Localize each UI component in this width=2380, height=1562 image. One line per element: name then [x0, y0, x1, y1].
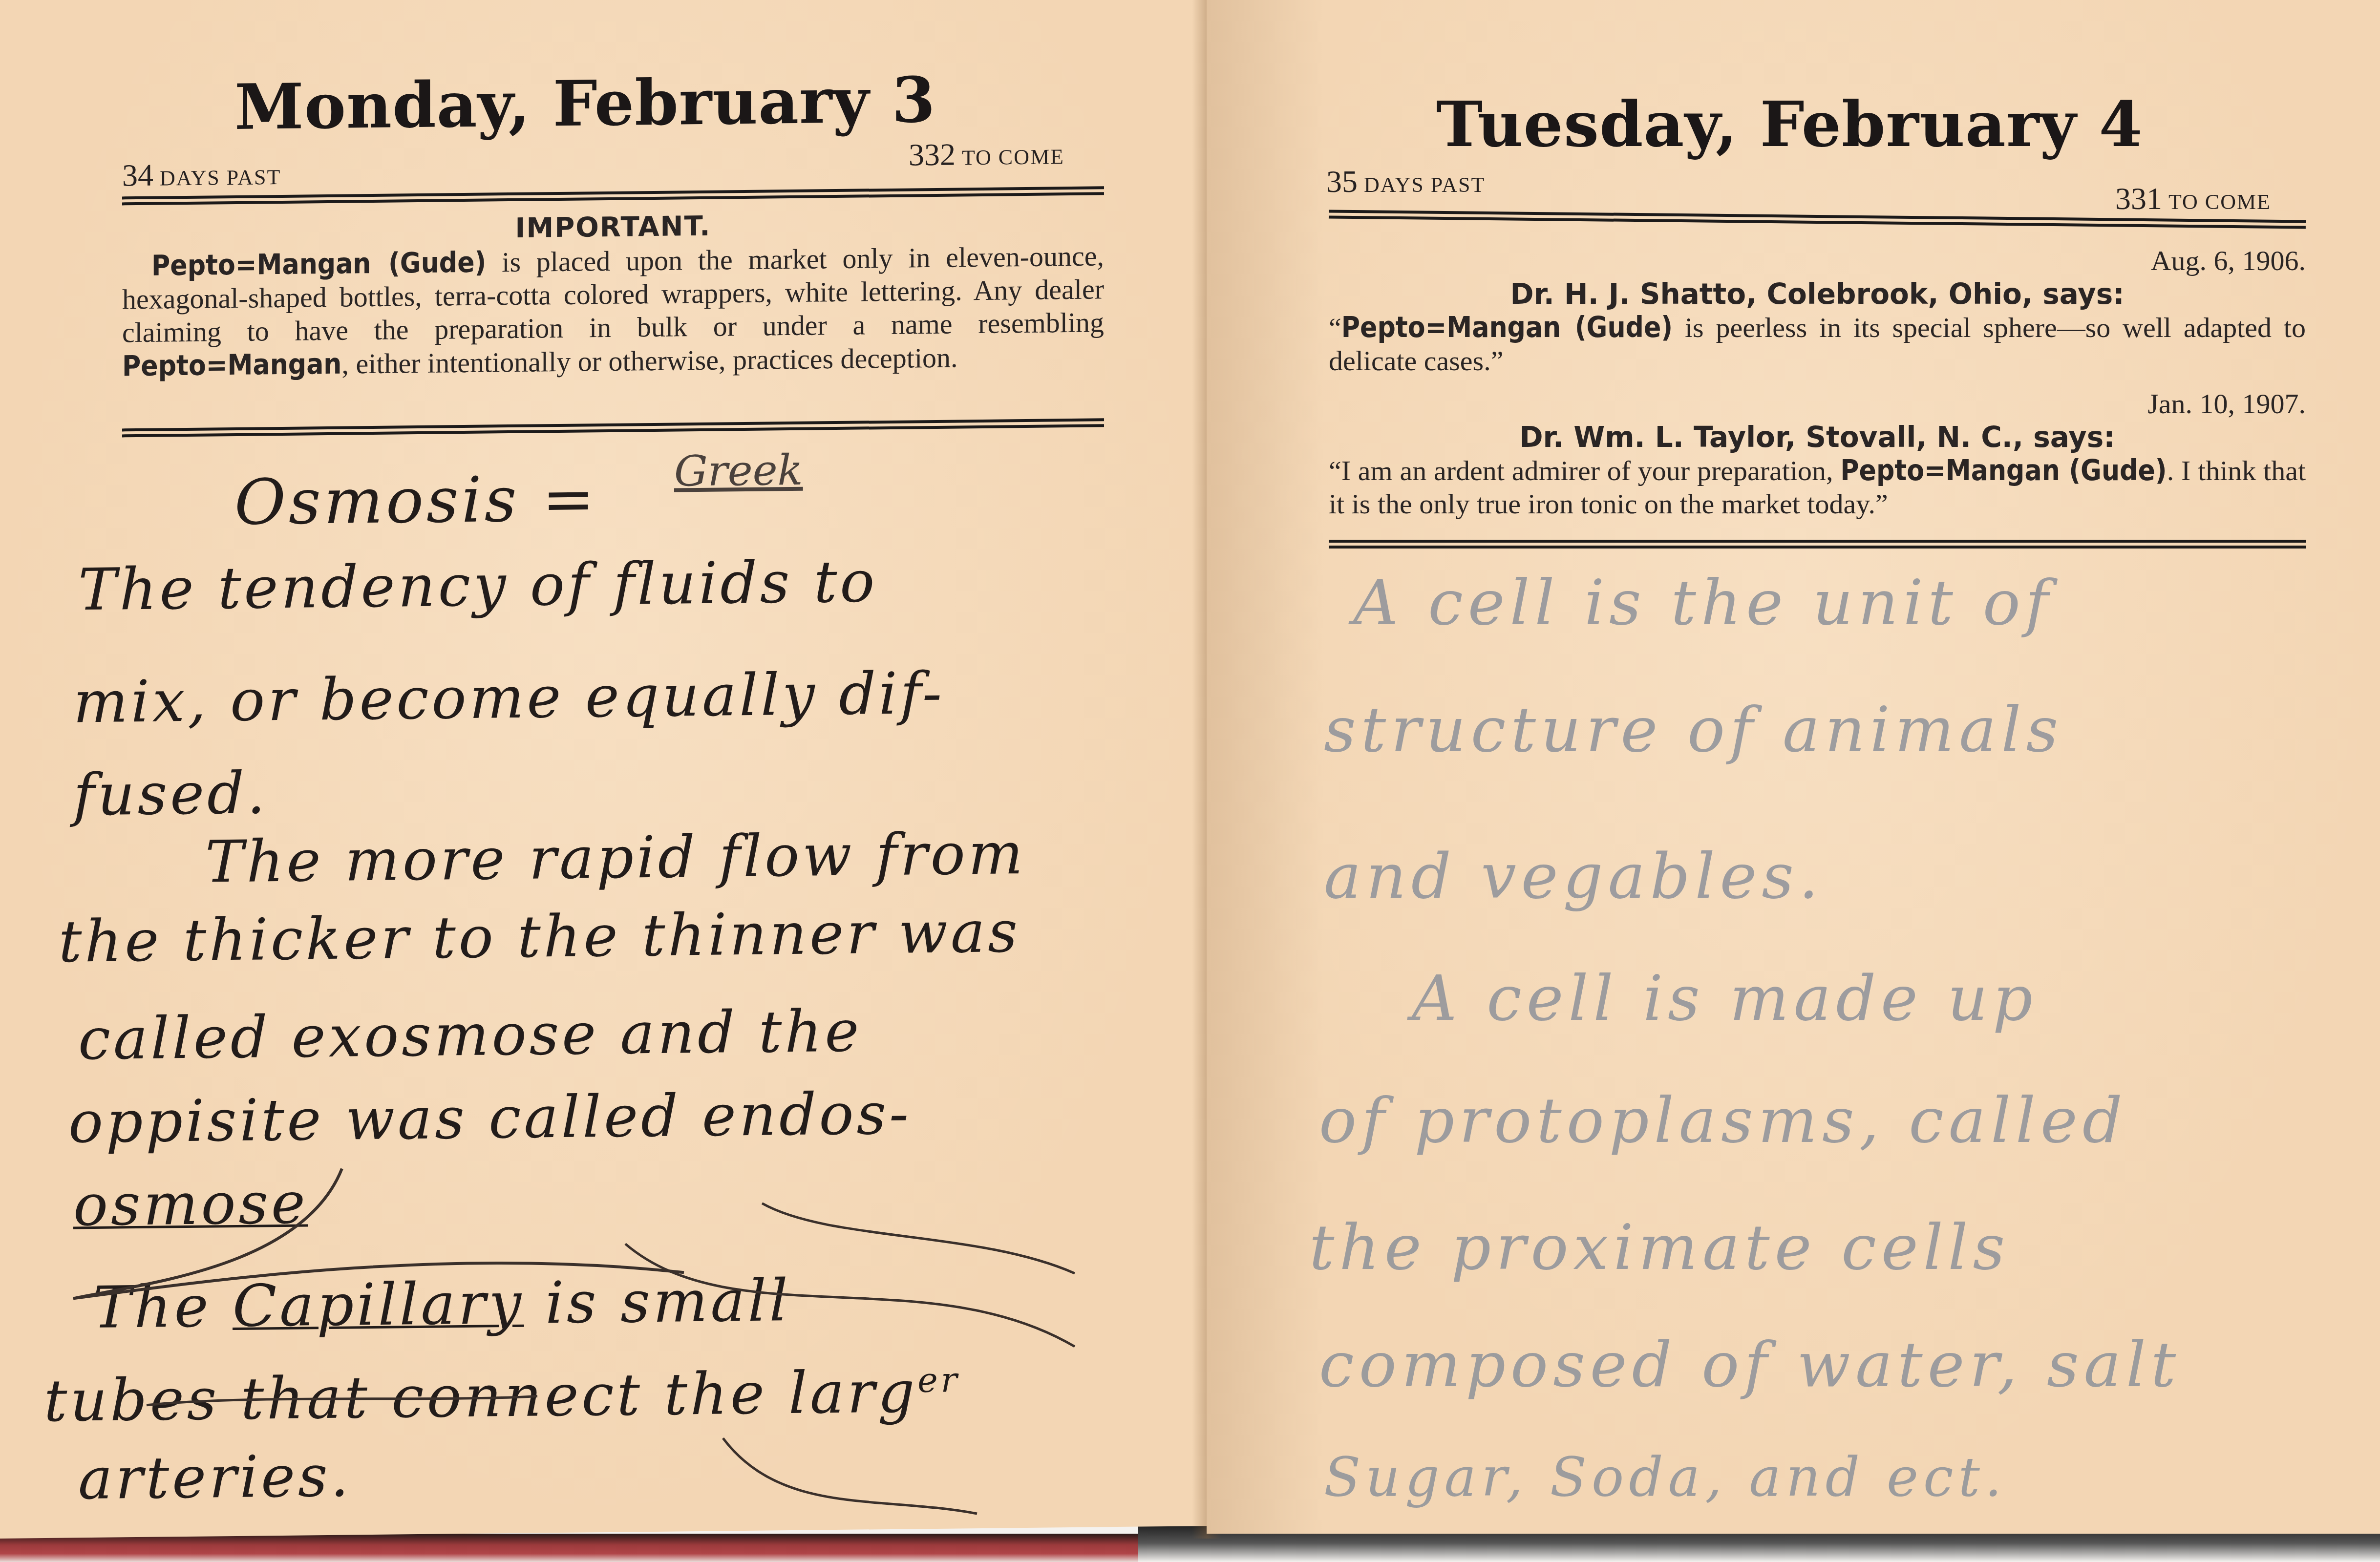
testimonial-date: Jan. 10, 1907.	[1329, 387, 2306, 421]
notice-text: , either intentionally or otherwise, pra…	[342, 341, 958, 380]
pencil-line: Sugar, Soda, and ect.	[1324, 1446, 2007, 1508]
tubes-superscript: er	[917, 1360, 960, 1400]
days-past-number: 34	[122, 158, 153, 193]
pencil-line: A cell is the unit of	[1353, 567, 2053, 639]
right-days-past: 35 DAYS PAST	[1326, 164, 1485, 200]
capillary-word: Capillary	[233, 1269, 524, 1340]
left-page: Monday, February 3 34 DAYS PAST 332 TO C…	[0, 0, 1207, 1539]
handwritten-line: oppisite was called endos-	[68, 1079, 912, 1156]
brand-name: Pepto=Mangan (Gude)	[1341, 311, 1673, 344]
arteries-line: arteries.	[78, 1442, 352, 1512]
tubes-text: tubes that connect the larg	[44, 1358, 917, 1435]
right-to-come: 331 TO COME	[2115, 181, 2271, 217]
osmosis-word: Osmosis	[234, 464, 519, 539]
capillary-suffix: is small	[524, 1266, 791, 1337]
handwritten-line: the thicker to the thinner was	[59, 898, 1020, 975]
testimonial-rule	[1329, 540, 2306, 549]
greek-annotation: Greek	[674, 446, 803, 496]
handwritten-title: Osmosis =	[234, 463, 597, 539]
book-cover-edge	[0, 1534, 1143, 1562]
testimonials-block: Aug. 6, 1906. Dr. H. J. Shatto, Colebroo…	[1329, 244, 2306, 521]
notice-rule	[122, 418, 1104, 437]
days-past-label: DAYS PAST	[160, 165, 281, 190]
right-page: Tuesday, February 4 35 DAYS PAST 331 TO …	[1207, 0, 2380, 1534]
handwritten-line: mix, or become equally dif-	[73, 659, 945, 736]
left-day-title: Monday, February 3	[234, 63, 936, 144]
handwritten-line: fused.	[73, 759, 268, 828]
brand-name: Pepto=Mangan (Gude)	[1840, 454, 2167, 487]
handwritten-line: The more rapid flow from	[205, 820, 1026, 896]
handwritten-line: osmose	[73, 1169, 308, 1239]
handwritten-line: The tendency of fluids to	[78, 548, 877, 623]
to-come-number: 332	[909, 137, 956, 172]
handwritten-line: called exosmose and the	[78, 997, 862, 1073]
brand-name: Pepto=Mangan (Gude)	[151, 246, 486, 282]
pencil-line: composed of water, salt	[1319, 1329, 2181, 1401]
important-notice: IMPORTANT. Pepto=Mangan (Gude) is placed…	[122, 206, 1104, 383]
gutter-shade	[1207, 0, 1324, 1534]
tubes-line: tubes that connect the larger	[44, 1357, 960, 1435]
to-come-label: TO COME	[962, 145, 1064, 169]
pencil-line: A cell is made up	[1412, 962, 2038, 1035]
equals-sign: =	[542, 463, 597, 536]
brand-name: Pepto=Mangan	[122, 347, 342, 383]
capillary-prefix: The	[93, 1272, 233, 1341]
capillary-line: The Capillary is small	[93, 1266, 790, 1341]
pencil-line: and vegables.	[1324, 840, 1824, 913]
testimonial-author: Dr. Wm. L. Taylor, Stovall, N. C., says:	[1329, 421, 2306, 454]
days-past-number: 35	[1326, 164, 1358, 199]
to-come-number: 331	[2115, 181, 2162, 216]
pencil-line: structure of animals	[1324, 694, 2063, 766]
testimonial-author: Dr. H. J. Shatto, Colebrook, Ohio, says:	[1329, 277, 2306, 311]
right-day-title: Tuesday, February 4	[1436, 88, 2143, 161]
testimonial-date: Aug. 6, 1906.	[1329, 244, 2306, 277]
testimonial-quote: “I am an ardent admirer of your preparat…	[1329, 455, 1840, 486]
left-days-past: 34 DAYS PAST	[122, 156, 281, 193]
days-past-label: DAYS PAST	[1364, 173, 1485, 197]
quote-mark: “	[1329, 312, 1341, 343]
to-come-label: TO COME	[2168, 190, 2271, 214]
left-to-come: 332 TO COME	[909, 135, 1064, 173]
pencil-line: the proximate cells	[1309, 1211, 2010, 1284]
pencil-line: of protoplasms, called	[1319, 1084, 2127, 1157]
